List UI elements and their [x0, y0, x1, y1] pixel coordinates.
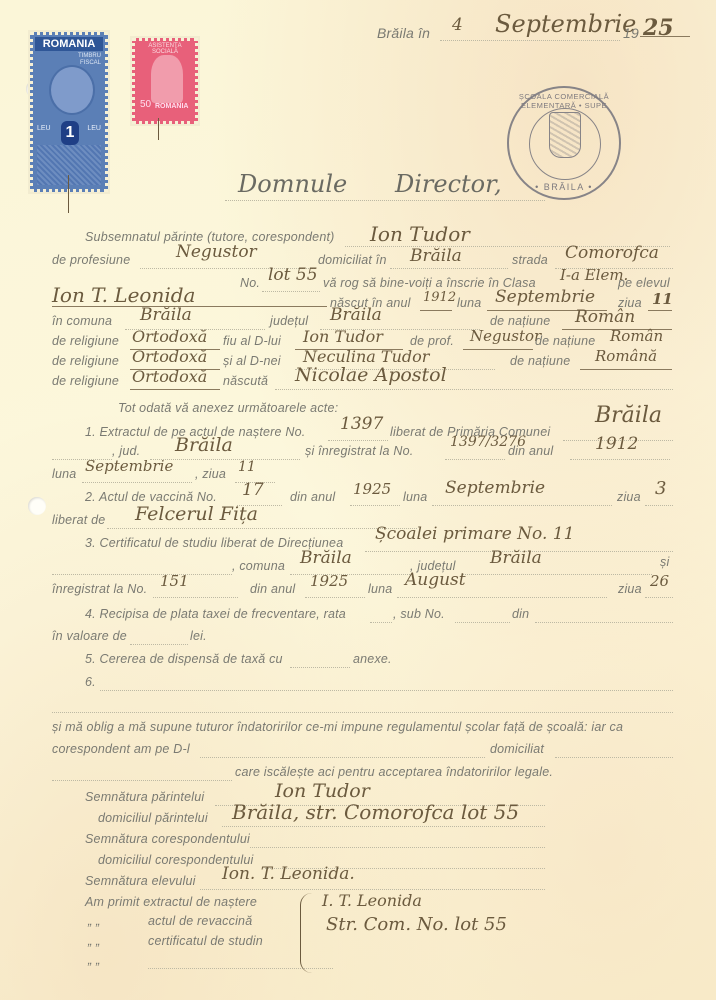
annex-3-and-label: și	[660, 555, 669, 569]
parent-signature: Ion Tudor	[275, 780, 370, 802]
date-line	[440, 40, 620, 41]
cancel-mark	[68, 175, 70, 213]
field-line	[275, 389, 673, 390]
annex-6-label: 6.	[85, 675, 96, 689]
annex-2-issued-label: liberat de	[52, 513, 105, 527]
receipt-signature-1: I. T. Leonida	[322, 891, 422, 910]
field-line	[462, 574, 652, 575]
annex-1-month-label: luna	[52, 467, 76, 481]
correspondent-signature-label: Semnătura corespondentului	[85, 832, 250, 846]
field-line	[463, 349, 533, 350]
stamp-country: ROMANIA	[35, 37, 103, 51]
parent-name: Ion Tudor	[370, 222, 470, 246]
profession-value: Negustor	[176, 242, 257, 262]
religion-value: Ortodoxă	[132, 367, 207, 386]
field-line	[455, 622, 510, 623]
field-line	[290, 574, 410, 575]
field-line	[350, 505, 400, 506]
place-label: Brăila în	[377, 25, 430, 41]
annex-4-lei-label: lei.	[190, 629, 207, 643]
field-line	[397, 597, 607, 598]
religion-label: de religiune	[52, 354, 119, 368]
annex-1-month-value: Septembrie	[85, 457, 173, 475]
nation-label: de națiune	[490, 314, 550, 328]
seal-text-bottom: • BRĂILA •	[509, 182, 619, 192]
son-label: fiu al D-lui	[223, 334, 281, 348]
pupil-label: pe elevul	[618, 276, 670, 290]
year-prefix: 19	[623, 25, 639, 41]
annex-2-label: 2. Actul de vaccină No.	[85, 490, 217, 504]
month-label: luna	[457, 296, 481, 310]
nation-label: de națiune	[535, 334, 595, 348]
pupil-signature: Ion. T. Leonida.	[222, 864, 355, 884]
domicile-label: domiciliat în	[318, 253, 387, 267]
born-year: 1912	[423, 290, 456, 305]
parent-domicile-value: Brăila, str. Comorofca lot 55	[232, 800, 519, 824]
field-line	[535, 622, 673, 623]
field-line	[570, 459, 670, 460]
signature-line	[250, 847, 545, 848]
year-line	[640, 36, 690, 37]
year-suffix: 25	[643, 15, 674, 41]
stamp-title: ASISTENȚA SOCIALĂ	[137, 43, 193, 55]
father-nation: Român	[610, 327, 663, 345]
receipt-line-3: certificatul de studin	[148, 934, 263, 948]
field-line	[420, 310, 452, 311]
field-line	[52, 574, 232, 575]
parent-domicile-label: domiciliul părintelui	[98, 811, 208, 825]
field-line	[200, 757, 485, 758]
annex-3-reg-label: înregistrat la No.	[52, 582, 147, 596]
annex-2-day-value: 3	[655, 478, 666, 499]
annex-4-label: 4. Recipisa de plata taxei de frecventar…	[85, 607, 346, 621]
annex-1-issued-value: Brăila	[595, 403, 662, 428]
obligation-line-1: și mă oblig a mă supune tuturor îndatori…	[52, 720, 623, 734]
annex-1-year-label: din anul	[508, 444, 553, 458]
field-line	[130, 644, 188, 645]
date-day: 4	[452, 15, 463, 35]
number-label: No.	[240, 276, 260, 290]
obligation-line-3: care iscălește aci pentru acceptarea înd…	[235, 765, 553, 779]
school-seal: ȘCOALA COMERCIALĂ ELEMENTARĂ • SUPE • BR…	[507, 86, 621, 200]
salutation-director: Director,	[395, 170, 502, 198]
religion-value: Ortodoxă	[132, 347, 207, 366]
field-line	[390, 268, 508, 269]
field-line	[555, 757, 673, 758]
commune-label: în comuna	[52, 314, 112, 328]
field-line	[328, 440, 388, 441]
field-line	[153, 597, 238, 598]
field-line	[52, 780, 232, 781]
field-line	[100, 690, 673, 691]
field-line	[370, 622, 392, 623]
profession-label: de profesiune	[52, 253, 130, 267]
religion-label: de religiune	[52, 334, 119, 348]
religion-label: de religiune	[52, 374, 119, 388]
number-value: lot 55	[268, 265, 318, 285]
portrait-icon	[49, 65, 95, 115]
field-line	[52, 712, 673, 713]
annex-4-value-label: în valoare de	[52, 629, 127, 643]
annex-3-county-value: Brăila	[490, 548, 542, 568]
signature-line	[222, 826, 545, 827]
prof-value: Negustor	[470, 327, 541, 345]
field-line	[432, 505, 612, 506]
commune-value: Brăila	[140, 305, 192, 325]
field-line	[130, 389, 220, 390]
coat-of-arms-icon	[549, 112, 581, 158]
annex-1-day-label: , ziua	[195, 467, 226, 481]
annex-2-day-label: ziua	[617, 490, 641, 504]
stamp-value: 50	[140, 99, 151, 110]
county-value: Brăila	[330, 305, 382, 325]
annex-2-issued-value: Felcerul Fița	[135, 503, 258, 525]
domicile-value: Brăila	[410, 246, 462, 266]
born-month: Septembrie	[495, 287, 595, 307]
county-label: județul	[270, 314, 308, 328]
nation-value: Român	[575, 307, 635, 327]
correspondent-domicile-label: domiciliat	[490, 742, 544, 756]
salutation-domnule: Domnule	[238, 170, 347, 198]
maiden-name: Nicolae Apostol	[295, 364, 447, 386]
annex-2-month-label: luna	[403, 490, 427, 504]
field-line	[107, 528, 417, 529]
street-value: Comorofca	[565, 243, 659, 263]
receipt-line-1: Am primit extractul de naștere	[85, 895, 257, 909]
religion-value: Ortodoxă	[132, 327, 207, 346]
field-line	[645, 505, 673, 506]
cancel-mark	[158, 118, 160, 140]
annex-1-reg-label: și înregistrat la No.	[305, 444, 413, 458]
field-line	[262, 291, 320, 292]
parent-signature-label: Semnătura părintelui	[85, 790, 204, 804]
field-line	[645, 597, 673, 598]
annex-2-number: 17	[242, 480, 264, 500]
field-line	[290, 667, 350, 668]
brace-mark	[300, 893, 315, 973]
ditto-mark: „ „	[88, 914, 100, 928]
annex-3-commune-label: , comuna	[232, 559, 285, 573]
ditto-mark: „ „	[88, 953, 100, 967]
born-maiden-label: născută	[223, 374, 268, 388]
stamp-country: ROMANIA	[155, 103, 188, 110]
annex-2-year-label: din anul	[290, 490, 335, 504]
field-line	[580, 369, 672, 370]
annex-3-commune-value: Brăila	[300, 548, 352, 568]
nation-label: de națiune	[510, 354, 570, 368]
receipt-line-2: actul de revaccină	[148, 914, 252, 928]
annex-5-label: 5. Cererea de dispensă de taxă cu	[85, 652, 283, 666]
signature-line	[200, 889, 545, 890]
street-label: strada	[512, 253, 548, 267]
annex-2-year-value: 1925	[353, 480, 391, 498]
field-line	[445, 459, 505, 460]
annex-3-year-value: 1925	[310, 572, 348, 590]
field-line	[648, 310, 672, 311]
annex-2-month-value: Septembrie	[445, 478, 545, 498]
correspondent-label: corespondent am pe D-l	[52, 742, 190, 756]
pupil-name: Ion T. Leonida	[52, 283, 195, 307]
annex-3-month-label: luna	[368, 582, 392, 596]
annex-1-year-value: 1912	[595, 434, 638, 454]
annex-intro: Tot odată vă anexez următoarele acte:	[118, 401, 338, 415]
annex-1-number: 1397	[340, 414, 383, 434]
annex-3-direction-value: Școalei primare No. 11	[375, 524, 574, 544]
mother-nation: Română	[595, 347, 657, 365]
annex-3-month-value: August	[405, 570, 466, 590]
stamp-unit: LEU	[87, 125, 101, 132]
field-line	[82, 482, 192, 483]
annex-5-annex-label: anexe.	[353, 652, 392, 666]
social-stamp: ASISTENȚA SOCIALĂ 50 ROMANIA	[132, 38, 198, 124]
punch-hole	[28, 497, 46, 515]
figure-icon	[151, 55, 183, 103]
salutation-line	[225, 200, 545, 201]
annex-3-day-label: ziua	[618, 582, 642, 596]
annex-1-jud-value: Brăila	[175, 434, 233, 456]
father-value: Ion Tudor	[303, 327, 383, 346]
annex-1-jud-label: , jud.	[112, 444, 140, 458]
annex-3-reg-value: 151	[160, 572, 189, 590]
annex-4-sub-label: , sub No.	[393, 607, 445, 621]
ditto-mark: „ „	[88, 934, 100, 948]
date-month: Septembrie	[495, 10, 636, 38]
field-line	[305, 597, 365, 598]
prof-label: de prof.	[410, 334, 454, 348]
annex-1-day-value: 11	[238, 459, 256, 475]
fiscal-stamp: ROMANIA TIMBRU FISCAL LEU 1 LEU	[30, 32, 108, 192]
stamp-unit: LEU	[37, 125, 51, 132]
pupil-signature-label: Semnătura elevului	[85, 874, 196, 888]
receipt-signature-2: Str. Com. No. lot 55	[326, 914, 507, 935]
born-day: 11	[652, 290, 673, 308]
stamp-value: 1	[61, 121, 79, 145]
mother-label: și al D-nei	[223, 354, 281, 368]
annex-4-din-label: din	[512, 607, 529, 621]
annex-3-day-value: 26	[650, 572, 669, 590]
annex-3-year-label: din anul	[250, 582, 295, 596]
